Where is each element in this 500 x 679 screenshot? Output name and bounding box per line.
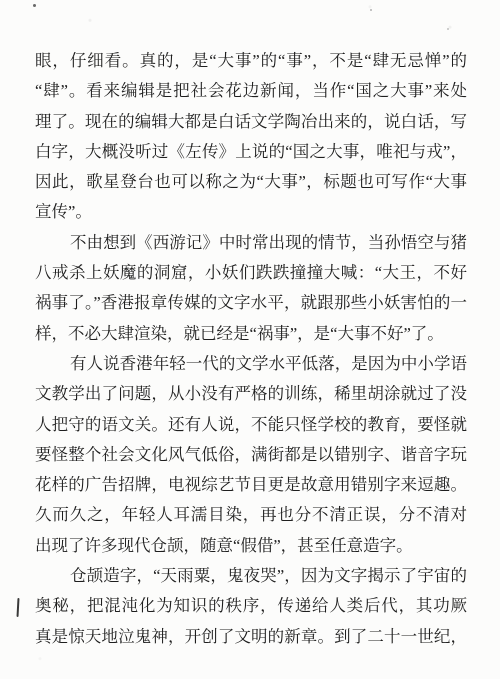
- text-line: 文教学出了问题，从小没有严格的训练，稀里胡涂就过了没: [35, 379, 467, 409]
- text-line: 理了。现在的编辑大都是白话文学陶冶出来的，说白话，写: [35, 107, 467, 137]
- text-line: 眼，仔细看。真的，是“大事”的“事”，不是“肆无忌惮”的: [35, 46, 467, 76]
- text-line: 真是惊天地泣鬼神，开创了文明的新章。到了二十一世纪，: [35, 622, 467, 652]
- text-line: “肆”。看来编辑是把社会花边新闻，当作“国之大事”来处: [35, 76, 467, 106]
- text-line: 要怪整个社会文化风气低俗，满街都是以错别字、谐音字玩: [35, 440, 467, 470]
- text-line paragraph-end: 出现了许多现代仓颉，随意“假借”，甚至任意造字。: [35, 531, 467, 561]
- text-line: 人把守的语文关。还有人说，不能只怪学校的教育，要怪就: [35, 410, 467, 440]
- text-line paragraph-start: 有人说香港年轻一代的文学水平低落，是因为中小学语: [35, 349, 467, 379]
- scanned-page: 眼，仔细看。真的，是“大事”的“事”，不是“肆无忌惮”的 “肆”。看来编辑是把社…: [0, 0, 500, 679]
- text-line paragraph-end: 宣传”。: [35, 197, 467, 227]
- scan-speck: [447, 28, 449, 30]
- text-line paragraph-start: 不由想到《西游记》中时常出现的情节，当孙悟空与猪: [35, 228, 467, 258]
- text-line: 花样的广告招牌，电视综艺节目更是故意用错别字来逗趣。: [35, 470, 467, 500]
- text-line: 白字，大概没听过《左传》上说的“国之大事，唯祀与戎”，: [35, 137, 467, 167]
- text-line: 八戒杀上妖魔的洞窟，小妖们跌跌撞撞大喊：“大王，不好了，: [35, 258, 467, 288]
- scan-speck: [33, 4, 36, 7]
- text-line: 奥秘，把混沌化为知识的秩序，传递给人类后代，其功厥伟，: [35, 591, 467, 621]
- text-line: 祸事了。”香港报章传媒的文字水平，就跟那些小妖害怕的一: [35, 288, 467, 318]
- scan-artifact-dash: [17, 598, 20, 617]
- scan-speck: [370, 9, 372, 11]
- text-line paragraph-end: 样，不必大肆渲染，就已经是“祸事”，是“大事不好”了。: [35, 319, 467, 349]
- text-line: 久而久之，年轻人耳濡目染，再也分不清正误，分不清对错，: [35, 500, 467, 530]
- text-line: 因此，歌星登台也可以称之为“大事”，标题也可写作“大事: [35, 167, 467, 197]
- text-line paragraph-start: 仓颉造字，“天雨粟，鬼夜哭”，因为文字揭示了宇宙的: [35, 561, 467, 591]
- text-block: 眼，仔细看。真的，是“大事”的“事”，不是“肆无忌惮”的 “肆”。看来编辑是把社…: [35, 46, 467, 652]
